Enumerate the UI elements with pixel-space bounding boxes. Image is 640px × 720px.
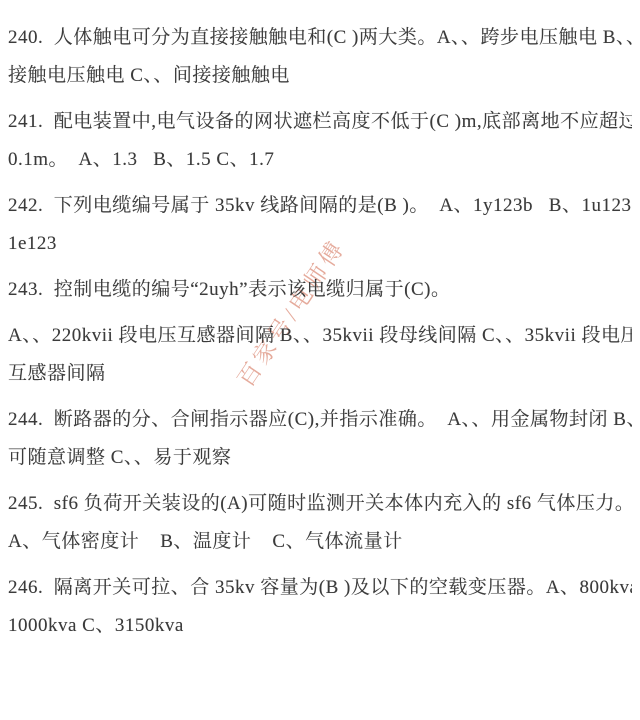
text-line: 244. 断路器的分、合闸指示器应(C),并指示准确。 A、、用金属物封闭 B、… — [8, 401, 632, 439]
question-244: 244. 断路器的分、合闸指示器应(C),并指示准确。 A、、用金属物封闭 B、… — [8, 401, 632, 477]
question-243-options: A、、220kvii 段电压互感器间隔 B、、35kvii 段母线间隔 C、、3… — [8, 317, 632, 393]
question-245: 245. sf6 负荷开关装设的(A)可随时监测开关本体内充入的 sf6 气体压… — [8, 485, 632, 561]
text-line: A、气体密度计 B、温度计 C、气体流量计 — [8, 523, 632, 561]
question-list: 240. 人体触电可分为直接接触触电和(C )两大类。A、、跨步电压触电 B、、… — [0, 0, 640, 645]
text-line: 241. 配电装置中,电气设备的网状遮栏高度不低于(C )m,底部离地不应超过 — [8, 103, 632, 141]
text-line: 240. 人体触电可分为直接接触触电和(C )两大类。A、、跨步电压触电 B、、 — [8, 19, 632, 57]
text-line: 互感器间隔 — [8, 355, 632, 393]
question-243-stem: 243. 控制电缆的编号“2uyh”表示该电缆归属于(C)。 — [8, 271, 632, 309]
text-line: 246. 隔离开关可拉、合 35kv 容量为(B )及以下的空载变压器。A、80… — [8, 569, 632, 607]
question-240: 240. 人体触电可分为直接接触触电和(C )两大类。A、、跨步电压触电 B、、… — [8, 19, 632, 95]
text-line: 245. sf6 负荷开关装设的(A)可随时监测开关本体内充入的 sf6 气体压… — [8, 485, 632, 523]
text-line: 243. 控制电缆的编号“2uyh”表示该电缆归属于(C)。 — [8, 271, 632, 309]
text-line: A、、220kvii 段电压互感器间隔 B、、35kvii 段母线间隔 C、、3… — [8, 317, 632, 355]
text-line: 0.1m。 A、1.3 B、1.5 C、1.7 — [8, 141, 632, 179]
text-line: 242. 下列电缆编号属于 35kv 线路间隔的是(B )。 A、1y123b … — [8, 187, 632, 225]
document-page: 百家号/电师傅 240. 人体触电可分为直接接触触电和(C )两大类。A、、跨步… — [0, 0, 640, 720]
text-line: 1000kva C、3150kva — [8, 607, 632, 645]
text-line: 1e123 — [8, 225, 632, 263]
question-246: 246. 隔离开关可拉、合 35kv 容量为(B )及以下的空载变压器。A、80… — [8, 569, 632, 645]
question-241: 241. 配电装置中,电气设备的网状遮栏高度不低于(C )m,底部离地不应超过 … — [8, 103, 632, 179]
question-242: 242. 下列电缆编号属于 35kv 线路间隔的是(B )。 A、1y123b … — [8, 187, 632, 263]
text-line: 接触电压触电 C、、间接接触触电 — [8, 57, 632, 95]
text-line: 可随意调整 C、、易于观察 — [8, 439, 632, 477]
